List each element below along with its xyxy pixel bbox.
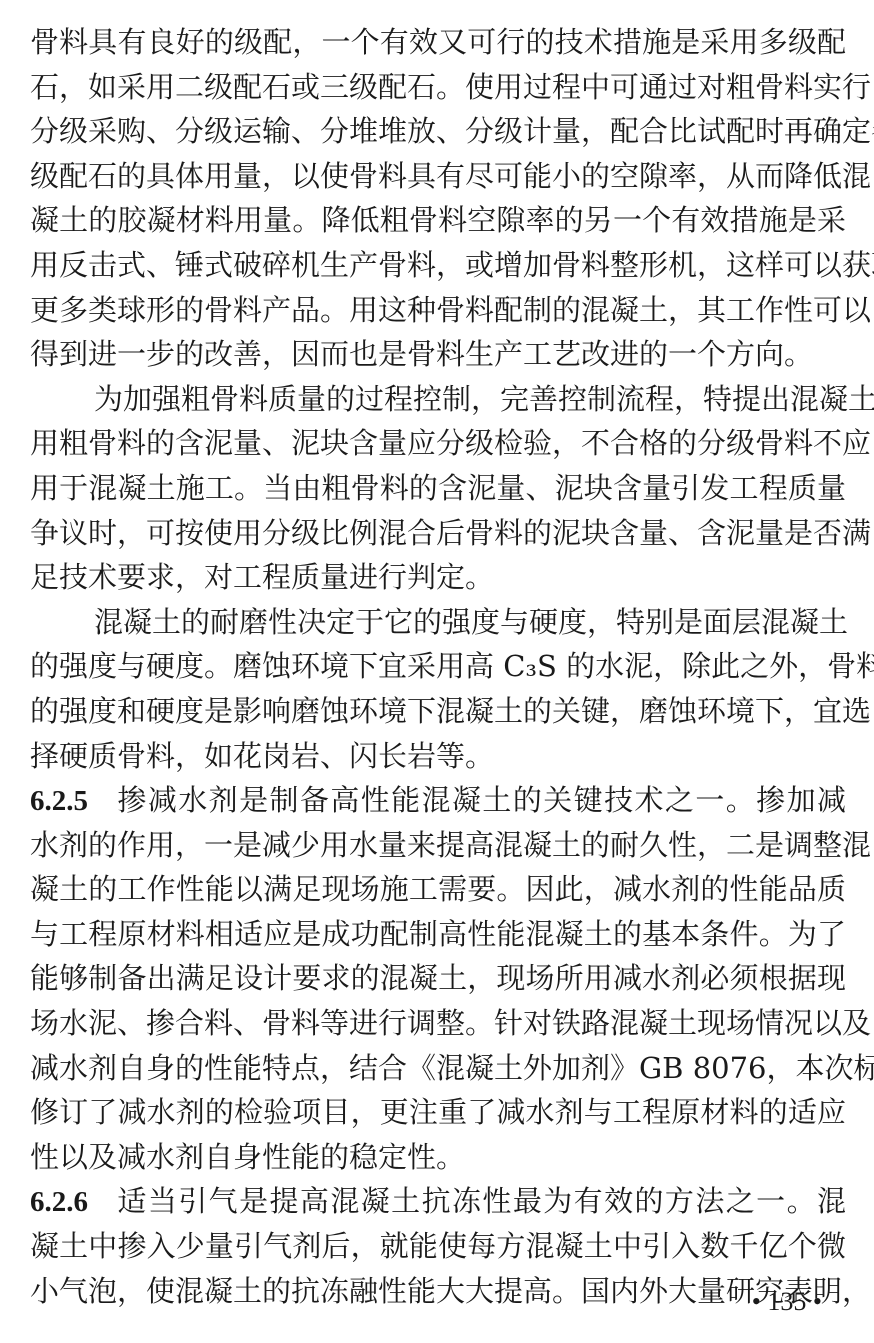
text-line: 用粗骨料的含泥量、泥块含量应分级检验，不合格的分级骨料不应: [30, 421, 846, 466]
text-line: 能够制备出满足设计要求的混凝土，现场所用减水剂必须根据现: [30, 956, 846, 1001]
text-line: 用于混凝土施工。当由粗骨料的含泥量、泥块含量引发工程质量: [30, 466, 846, 511]
text-line: 凝土的胶凝材料用量。降低粗骨料空隙率的另一个有效措施是采: [30, 198, 846, 243]
text-line: 的强度与硬度。磨蚀环境下宜采用高 C₃S 的水泥，除此之外，骨料: [30, 644, 846, 689]
text-line: 小气泡，使混凝土的抗冻融性能大大提高。国内外大量研究表明，: [30, 1269, 846, 1314]
text-line: 争议时，可按使用分级比例混合后骨料的泥块含量、含泥量是否满: [30, 511, 846, 556]
text-line: 用反击式、锤式破碎机生产骨料，或增加骨料整形机，这样可以获取: [30, 243, 846, 288]
paragraph-quality-control: 为加强粗骨料质量的过程控制，完善控制流程，特提出混凝土 用粗骨料的含泥量、泥块含…: [30, 377, 846, 600]
paragraph-aggregate-grading: 骨料具有良好的级配，一个有效又可行的技术措施是采用多级配 石，如采用二级配石或三…: [30, 20, 846, 377]
section-text: 适当引气是提高混凝土抗冻性最为有效的方法之一。混: [116, 1184, 846, 1218]
text-line: 凝土中掺入少量引气剂后，就能使每方混凝土中引入数千亿个微: [30, 1224, 846, 1269]
text-line: 水剂的作用，一是减少用水量来提高混凝土的耐久性，二是调整混: [30, 823, 846, 868]
text-line: 级配石的具体用量，以使骨料具有尽可能小的空隙率，从而降低混: [30, 154, 846, 199]
text-line: 骨料具有良好的级配，一个有效又可行的技术措施是采用多级配: [30, 20, 846, 65]
text-line: 场水泥、掺合料、骨料等进行调整。针对铁路混凝土现场情况以及: [30, 1001, 846, 1046]
text-line: 凝土的工作性能以满足现场施工需要。因此，减水剂的性能品质: [30, 867, 846, 912]
text-line: 修订了减水剂的检验项目，更注重了减水剂与工程原材料的适应: [30, 1090, 846, 1135]
document-page: 骨料具有良好的级配，一个有效又可行的技术措施是采用多级配 石，如采用二级配石或三…: [30, 20, 846, 1313]
text-line: 与工程原材料相适应是成功配制高性能混凝土的基本条件。为了: [30, 912, 846, 957]
section-number: 6.2.6: [30, 1186, 88, 1218]
section-6-2-5: 6.2.5掺减水剂是制备高性能混凝土的关键技术之一。掺加减 水剂的作用，一是减少…: [30, 778, 846, 1179]
text-line: 6.2.5掺减水剂是制备高性能混凝土的关键技术之一。掺加减: [30, 778, 846, 823]
text-line: 石，如采用二级配石或三级配石。使用过程中可通过对粗骨料实行: [30, 65, 846, 110]
text-line: 得到进一步的改善，因而也是骨料生产工艺改进的一个方向。: [30, 332, 846, 377]
page-number: • 135 •: [752, 1287, 822, 1317]
text-line: 足技术要求，对工程质量进行判定。: [30, 555, 846, 600]
text-line: 6.2.6适当引气是提高混凝土抗冻性最为有效的方法之一。混: [30, 1179, 846, 1224]
text-line: 的强度和硬度是影响磨蚀环境下混凝土的关键，磨蚀环境下，宜选: [30, 689, 846, 734]
text-line: 混凝土的耐磨性决定于它的强度与硬度，特别是面层混凝土: [30, 600, 846, 645]
text-line: 择硬质骨料，如花岗岩、闪长岩等。: [30, 734, 846, 779]
text-line: 更多类球形的骨料产品。用这种骨料配制的混凝土，其工作性可以: [30, 288, 846, 333]
text-line: 分级采购、分级运输、分堆堆放、分级计量，配合比试配时再确定各: [30, 109, 846, 154]
section-number: 6.2.5: [30, 785, 88, 817]
text-line: 减水剂自身的性能特点，结合《混凝土外加剂》GB 8076，本次标准: [30, 1046, 846, 1091]
text-line: 性以及减水剂自身性能的稳定性。: [30, 1135, 846, 1180]
section-6-2-6: 6.2.6适当引气是提高混凝土抗冻性最为有效的方法之一。混 凝土中掺入少量引气剂…: [30, 1179, 846, 1313]
section-text: 掺减水剂是制备高性能混凝土的关键技术之一。掺加减: [116, 783, 846, 817]
text-line: 为加强粗骨料质量的过程控制，完善控制流程，特提出混凝土: [30, 377, 846, 422]
paragraph-wear-resistance: 混凝土的耐磨性决定于它的强度与硬度，特别是面层混凝土 的强度与硬度。磨蚀环境下宜…: [30, 600, 846, 778]
